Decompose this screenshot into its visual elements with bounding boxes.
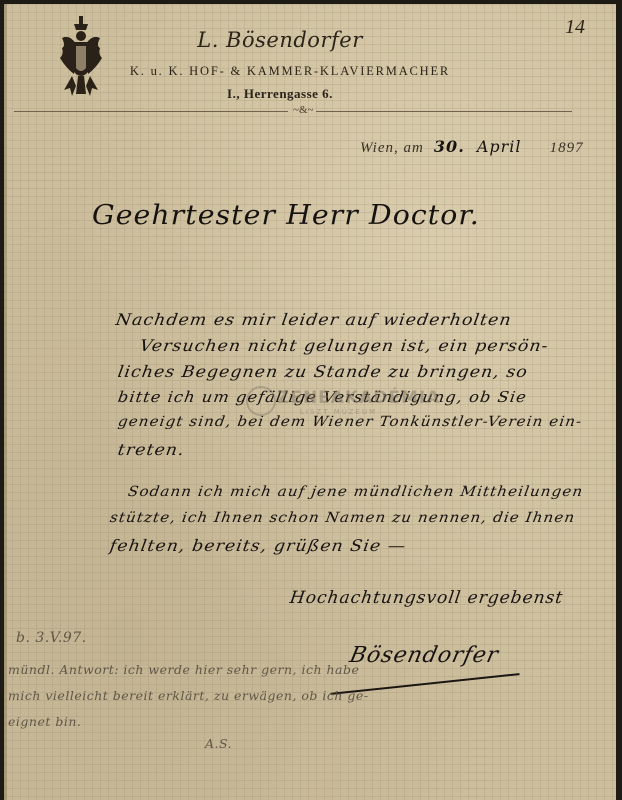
body-line: treten. — [117, 440, 187, 459]
body-line: geneigt sind, bei dem Wiener Tonkünstler… — [117, 414, 584, 430]
salutation: Geehrtester Herr Doctor. — [92, 200, 480, 231]
letterhead-rule-mid — [88, 111, 288, 112]
signature: Bösendorfer — [347, 643, 501, 668]
page-edge — [4, 4, 7, 800]
pencil-initials: A.S. — [205, 736, 232, 751]
firm-name: L. Bösendorfer — [110, 28, 450, 52]
letterhead-ornament: ~&~ — [293, 104, 313, 116]
body-line: Sodann ich mich auf jene mündlichen Mitt… — [127, 484, 585, 500]
letterhead-rule-left — [14, 111, 88, 112]
double-headed-eagle-crest-icon — [58, 14, 104, 104]
body-line: fehlten, bereits, grüßen Sie — — [109, 536, 408, 555]
place-prefix: Wien, am — [360, 140, 424, 156]
date-day: 30. — [434, 137, 465, 156]
letterhead-rule-right — [316, 111, 572, 112]
body-line: Versuchen nicht gelungen ist, ein persön… — [139, 336, 551, 355]
date-month: April — [477, 137, 522, 156]
folio-number: 14 — [565, 16, 585, 39]
pencil-date: b. 3.V.97. — [16, 630, 87, 646]
firm-title: K. u. K. HOF- & KAMMER-KLAVIERMACHER — [110, 64, 470, 79]
closing: Hochachtungsvoll ergebenst — [289, 588, 565, 608]
body-line: Nachdem es mir leider auf wiederholten — [115, 310, 514, 329]
firm-address: I., Herrengasse 6. — [110, 86, 450, 102]
date-year: 1897 — [550, 140, 584, 156]
pencil-line: mündl. Antwort: ich werde hier sehr gern… — [8, 662, 359, 677]
watermark-subtext: LISZT MÚZEUM — [300, 408, 440, 416]
watermark: ZENEAKADÉMIA LISZT MÚZEUM — [245, 388, 440, 416]
body-line: liches Begegnen zu Stande zu bringen, so — [117, 362, 530, 381]
pencil-line: mich vielleicht bereit erklärt, zu erwäg… — [8, 688, 369, 703]
watermark-text: ZENEAKADÉMIA — [277, 388, 440, 408]
body-line: stützte, ich Ihnen schon Namen zu nennen… — [109, 510, 577, 526]
pencil-line: eignet bin. — [8, 714, 81, 729]
place-date: Wien, am 30. April 1897 — [360, 137, 584, 157]
